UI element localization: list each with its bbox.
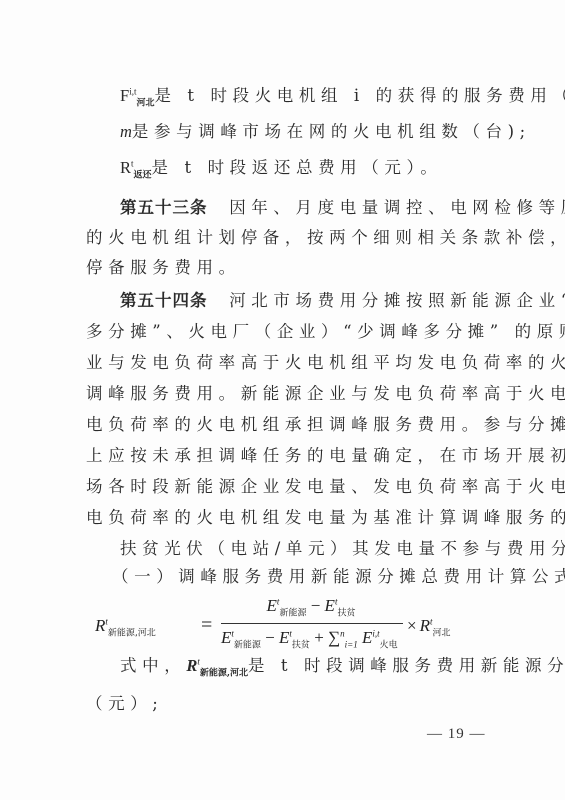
- article54-line1: 第五十四条 河北市场费用分摊按照新能源企业“多消纳: [120, 290, 498, 312]
- article54-heading: 第五十四条: [120, 291, 208, 310]
- sub: 火电: [380, 640, 398, 650]
- sub: 河北: [433, 628, 451, 638]
- sub: i=1: [345, 639, 358, 649]
- sym: E: [362, 628, 372, 647]
- definition-R-return: Rt返还是 t 时段返还总费用（元）。: [120, 157, 498, 179]
- explanation-line1: 式中，Rt新能源,河北是 t 时段调峰服务费用新能源分摊费用: [120, 655, 498, 677]
- sym: E: [279, 628, 289, 647]
- sup: t: [231, 628, 234, 638]
- equals-sign: =: [201, 614, 212, 637]
- sub: 新能源: [279, 608, 306, 618]
- sup: i,t: [129, 87, 136, 97]
- symbol-m: m: [120, 122, 132, 141]
- article54-line4: 调峰服务费用。新能源企业与发电负荷率高于火电机组平均发: [86, 383, 498, 405]
- article53-heading: 第五十三条: [120, 198, 208, 217]
- definition-text: 是参与调峰市场在网的火电机组数（台);: [132, 122, 531, 141]
- definition-text: 是 t 时段火电机组 i 的获得的服务费用（元）: [154, 86, 565, 105]
- sym: R: [186, 656, 197, 675]
- sym: E: [221, 628, 231, 647]
- plus: +: [314, 628, 324, 647]
- page-number: — 19 —: [427, 726, 486, 743]
- sup: t: [131, 159, 134, 169]
- symbol-F: F: [120, 86, 129, 105]
- sym: R: [420, 616, 430, 635]
- sup: t: [105, 616, 108, 626]
- formula-rhs: ×Rt河北: [407, 616, 451, 636]
- formula: Rt新能源,河北 = Et新能源 − Et扶贫 Et新能源 − Et扶贫 + ∑…: [95, 596, 475, 656]
- minus: −: [265, 628, 275, 647]
- sub: 河北: [136, 98, 154, 108]
- formula-numerator: Et新能源 − Et扶贫: [221, 596, 401, 616]
- sub: 扶贫: [337, 608, 355, 618]
- sum-icon: ∑: [328, 628, 340, 647]
- document-page: Fi,t河北是 t 时段火电机组 i 的获得的服务费用（元） m是参与调峰市场在…: [0, 0, 565, 800]
- article54-line5: 电负荷率的火电机组承担调峰服务费用。参与分摊的电量原则: [86, 414, 498, 436]
- sup: t: [335, 596, 338, 606]
- sup: i,t: [372, 628, 379, 638]
- definition-m: m是参与调峰市场在网的火电机组数（台);: [120, 121, 498, 143]
- text: 式中，: [120, 656, 186, 675]
- article54-line7: 场各时段新能源企业发电量、发电负荷率高于火电机组平均发: [86, 476, 498, 498]
- times-sign: ×: [407, 616, 417, 635]
- article54-extra: 扶贫光伏（电站/单元）其发电量不参与费用分摊。: [120, 538, 498, 560]
- definition-text: 是 t 时段返还总费用（元）。: [152, 158, 443, 177]
- explanation-line2: （元）;: [86, 693, 498, 715]
- sym: E: [325, 596, 335, 615]
- article54-line3: 业与发电负荷率高于火电机组平均发电负荷率的火电机组承担: [86, 352, 498, 374]
- sub: 扶贫: [292, 640, 310, 650]
- article53-line3: 停备服务费用。: [86, 257, 498, 279]
- article53-line2: 的火电机组计划停备，按两个细则相关条款补偿，不获得紧急: [86, 227, 498, 249]
- article53-line1: 第五十三条 因年、月度电量调控、电网检修等原因安排: [120, 197, 498, 219]
- definition-F: Fi,t河北是 t 时段火电机组 i 的获得的服务费用（元）: [120, 85, 498, 107]
- sub: 新能源,河北: [200, 668, 248, 678]
- sym: R: [95, 616, 105, 635]
- sup: t: [277, 596, 280, 606]
- sup: t: [289, 628, 292, 638]
- minus: −: [311, 596, 321, 615]
- text: 因年、月度电量调控、电网检修等原因安排: [229, 198, 565, 217]
- fraction-bar: [221, 623, 403, 624]
- article54-line8: 电负荷率的火电机组发电量为基准计算调峰服务的分摊费用。: [86, 507, 498, 529]
- sub: 新能源: [234, 640, 261, 650]
- sup: n: [340, 628, 345, 638]
- article54-line6: 上应按未承担调峰任务的电量确定，在市场开展初期，暂按市: [86, 445, 498, 467]
- sub: 返还: [134, 170, 152, 180]
- sym: E: [267, 596, 277, 615]
- subsection-heading: （一）调峰服务费用新能源分摊总费用计算公式如下:: [112, 566, 524, 588]
- sup: t: [430, 616, 433, 626]
- sup: t: [197, 657, 200, 667]
- article54-line2: 多分摊”、火电厂（企业）“少调峰多分摊” 的原则，新能源企: [86, 321, 498, 343]
- sub: 新能源,河北: [108, 628, 156, 638]
- text: 是 t 时段调峰服务费用新能源分摊费用: [248, 656, 565, 675]
- symbol-R: R: [120, 158, 131, 177]
- text: 河北市场费用分摊按照新能源企业“多消纳: [229, 291, 565, 310]
- formula-lhs: Rt新能源,河北: [95, 616, 156, 636]
